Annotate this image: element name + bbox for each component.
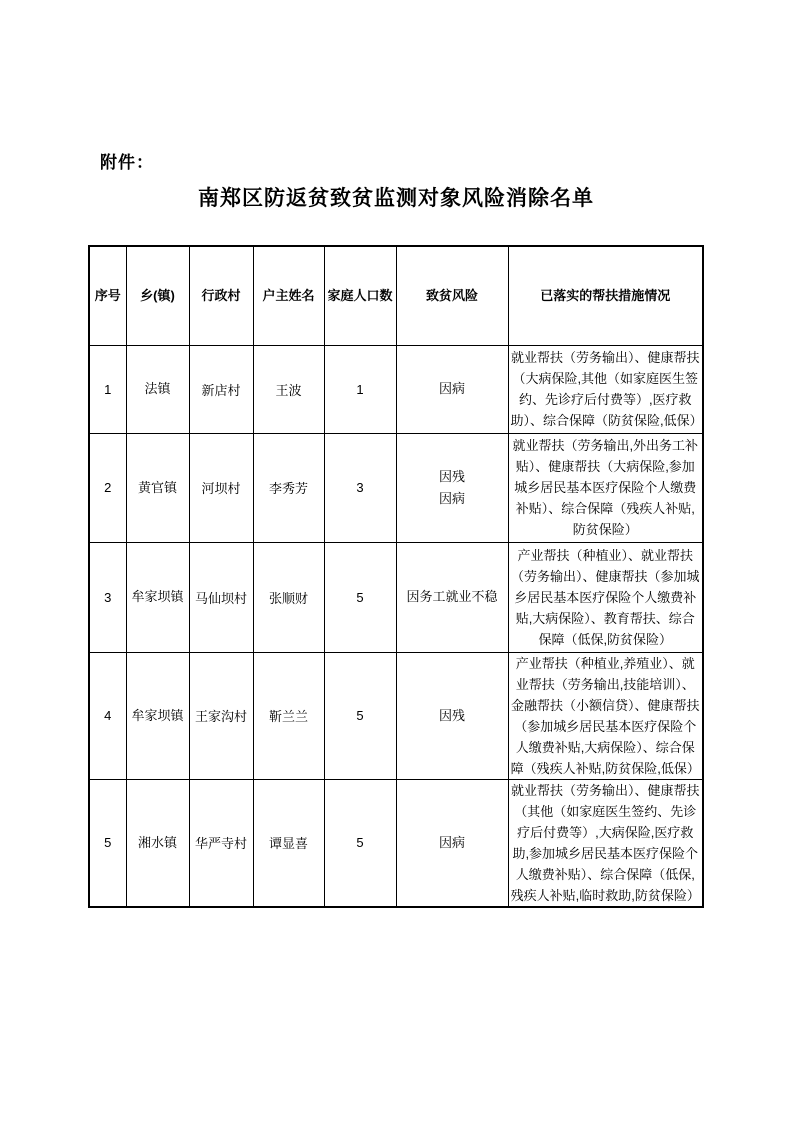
cell-township: 牟家坝镇 xyxy=(126,542,189,652)
table-row: 3 牟家坝镇 马仙坝村 张顺财 5 因务工就业不稳 产业帮扶（种植业）、就业帮扶… xyxy=(89,542,703,652)
cell-family-size: 3 xyxy=(324,433,396,542)
cell-serial-no: 2 xyxy=(89,433,126,542)
header-village: 行政村 xyxy=(189,246,253,345)
cell-family-size: 1 xyxy=(324,345,396,433)
header-head-name: 户主姓名 xyxy=(253,246,324,345)
cell-village: 王家沟村 xyxy=(189,652,253,779)
cell-village: 华严寺村 xyxy=(189,779,253,907)
page-title: 南郑区防返贫致贫监测对象风险消除名单 xyxy=(0,182,792,212)
header-township: 乡(镇) xyxy=(126,246,189,345)
cell-family-size: 5 xyxy=(324,652,396,779)
table-row: 2 黄官镇 河坝村 李秀芳 3 因残 因病 就业帮扶（劳务输出,外出务工补贴）、… xyxy=(89,433,703,542)
header-family-size: 家庭人口数 xyxy=(324,246,396,345)
cell-measures: 就业帮扶（劳务输出）、健康帮扶（其他（如家庭医生签约、先诊疗后付费等）,大病保险… xyxy=(508,779,703,907)
cell-head-name: 张顺财 xyxy=(253,542,324,652)
cell-measures: 产业帮扶（种植业,养殖业）、就业帮扶（劳务输出,技能培训）、金融帮扶（小额信贷）… xyxy=(508,652,703,779)
monitoring-roster-table: 序号 乡(镇) 行政村 户主姓名 家庭人口数 致贫风险 已落实的帮扶措施情况 1… xyxy=(88,245,704,908)
cell-head-name: 谭显喜 xyxy=(253,779,324,907)
header-measures: 已落实的帮扶措施情况 xyxy=(508,246,703,345)
cell-village: 河坝村 xyxy=(189,433,253,542)
table-row: 5 湘水镇 华严寺村 谭显喜 5 因病 就业帮扶（劳务输出）、健康帮扶（其他（如… xyxy=(89,779,703,907)
cell-serial-no: 4 xyxy=(89,652,126,779)
cell-poverty-risk: 因病 xyxy=(396,779,508,907)
cell-township: 湘水镇 xyxy=(126,779,189,907)
cell-village: 新店村 xyxy=(189,345,253,433)
table-row: 1 法镇 新店村 王波 1 因病 就业帮扶（劳务输出）、健康帮扶（大病保险,其他… xyxy=(89,345,703,433)
cell-township: 黄官镇 xyxy=(126,433,189,542)
cell-measures: 就业帮扶（劳务输出,外出务工补贴）、健康帮扶（大病保险,参加城乡居民基本医疗保险… xyxy=(508,433,703,542)
header-poverty-risk: 致贫风险 xyxy=(396,246,508,345)
cell-poverty-risk: 因残 因病 xyxy=(396,433,508,542)
cell-family-size: 5 xyxy=(324,542,396,652)
cell-poverty-risk: 因务工就业不稳 xyxy=(396,542,508,652)
cell-poverty-risk: 因病 xyxy=(396,345,508,433)
cell-township: 法镇 xyxy=(126,345,189,433)
header-serial-no: 序号 xyxy=(89,246,126,345)
cell-serial-no: 5 xyxy=(89,779,126,907)
cell-head-name: 靳兰兰 xyxy=(253,652,324,779)
cell-head-name: 王波 xyxy=(253,345,324,433)
cell-township: 牟家坝镇 xyxy=(126,652,189,779)
cell-head-name: 李秀芳 xyxy=(253,433,324,542)
cell-serial-no: 1 xyxy=(89,345,126,433)
attachment-label: 附件： xyxy=(100,148,154,173)
cell-measures: 产业帮扶（种植业）、就业帮扶（劳务输出）、健康帮扶（参加城乡居民基本医疗保险个人… xyxy=(508,542,703,652)
cell-poverty-risk: 因残 xyxy=(396,652,508,779)
cell-measures: 就业帮扶（劳务输出）、健康帮扶（大病保险,其他（如家庭医生签约、先诊疗后付费等）… xyxy=(508,345,703,433)
cell-family-size: 5 xyxy=(324,779,396,907)
cell-village: 马仙坝村 xyxy=(189,542,253,652)
table-row: 4 牟家坝镇 王家沟村 靳兰兰 5 因残 产业帮扶（种植业,养殖业）、就业帮扶（… xyxy=(89,652,703,779)
cell-serial-no: 3 xyxy=(89,542,126,652)
table-header-row: 序号 乡(镇) 行政村 户主姓名 家庭人口数 致贫风险 已落实的帮扶措施情况 xyxy=(89,246,703,345)
